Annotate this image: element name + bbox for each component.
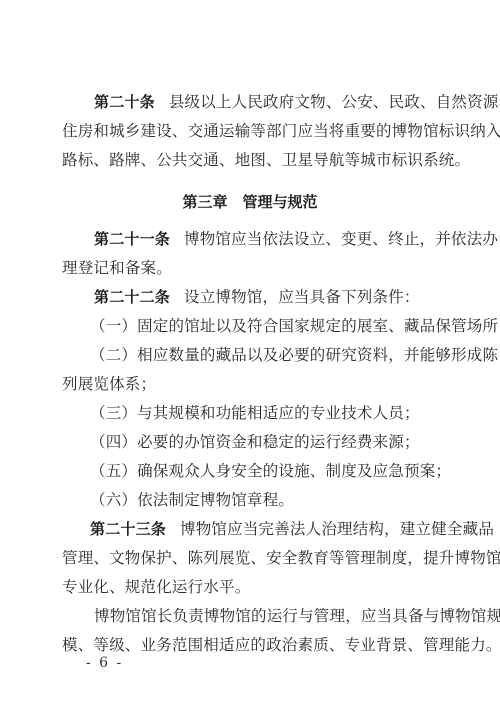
article-22-item-2-cont: 列展览体系；	[62, 374, 436, 394]
article-22-item-3: （三）与其规模和功能相适应的专业技术人员；	[90, 403, 432, 423]
article-22-line-1: 第二十二条设立博物馆，应当具备下列条件：	[94, 287, 436, 307]
article-23-line-3: 专业化、规范化运行水平。	[62, 577, 436, 597]
article-23-line-1: 第二十三条博物馆应当完善法人治理结构，建立健全藏品	[90, 519, 436, 539]
article-22-item-1: （一）固定的馆址以及符合国家规定的展室、藏品保管场所；	[90, 316, 432, 336]
article-22-item-6: （六）依法制定博物馆章程。	[90, 490, 432, 510]
article-23-line-4: 博物馆馆长负责博物馆的运行与管理，应当具备与博物馆规	[94, 606, 436, 626]
page-number: - 6 -	[86, 655, 123, 671]
article-20-line-2: 住房和城乡建设、交通运输等部门应当将重要的博物馆标识纳入	[62, 121, 436, 141]
chapter-title: 第三章 管理与规范	[0, 191, 500, 212]
article-22-item-4: （四）必要的办馆资金和稳定的运行经费来源；	[90, 432, 432, 452]
article-21-line-2: 理登记和备案。	[62, 258, 436, 278]
article-21-line-1: 第二十一条博物馆应当依法设立、变更、终止，并依法办	[94, 229, 436, 249]
article-22-label: 第二十二条	[94, 288, 170, 306]
article-22-item-5: （五）确保观众人身安全的设施、制度及应急预案；	[90, 461, 432, 481]
article-23-line-2: 管理、文物保护、陈列展览、安全教育等管理制度，提升博物馆	[62, 548, 436, 568]
article-23-label: 第二十三条	[90, 520, 166, 538]
article-20-label: 第二十条	[94, 93, 155, 111]
article-20-line-1: 第二十条县级以上人民政府文物、公安、民政、自然资源、	[94, 92, 436, 112]
article-23-line-5: 模、等级、业务范围相适应的政治素质、专业背景、管理能力。	[62, 635, 436, 655]
article-20-line-3: 路标、路牌、公共交通、地图、卫星导航等城市标识系统。	[62, 150, 436, 170]
article-21-label: 第二十一条	[94, 230, 170, 248]
article-22-item-2: （二）相应数量的藏品以及必要的研究资料，并能够形成陈	[90, 345, 436, 365]
